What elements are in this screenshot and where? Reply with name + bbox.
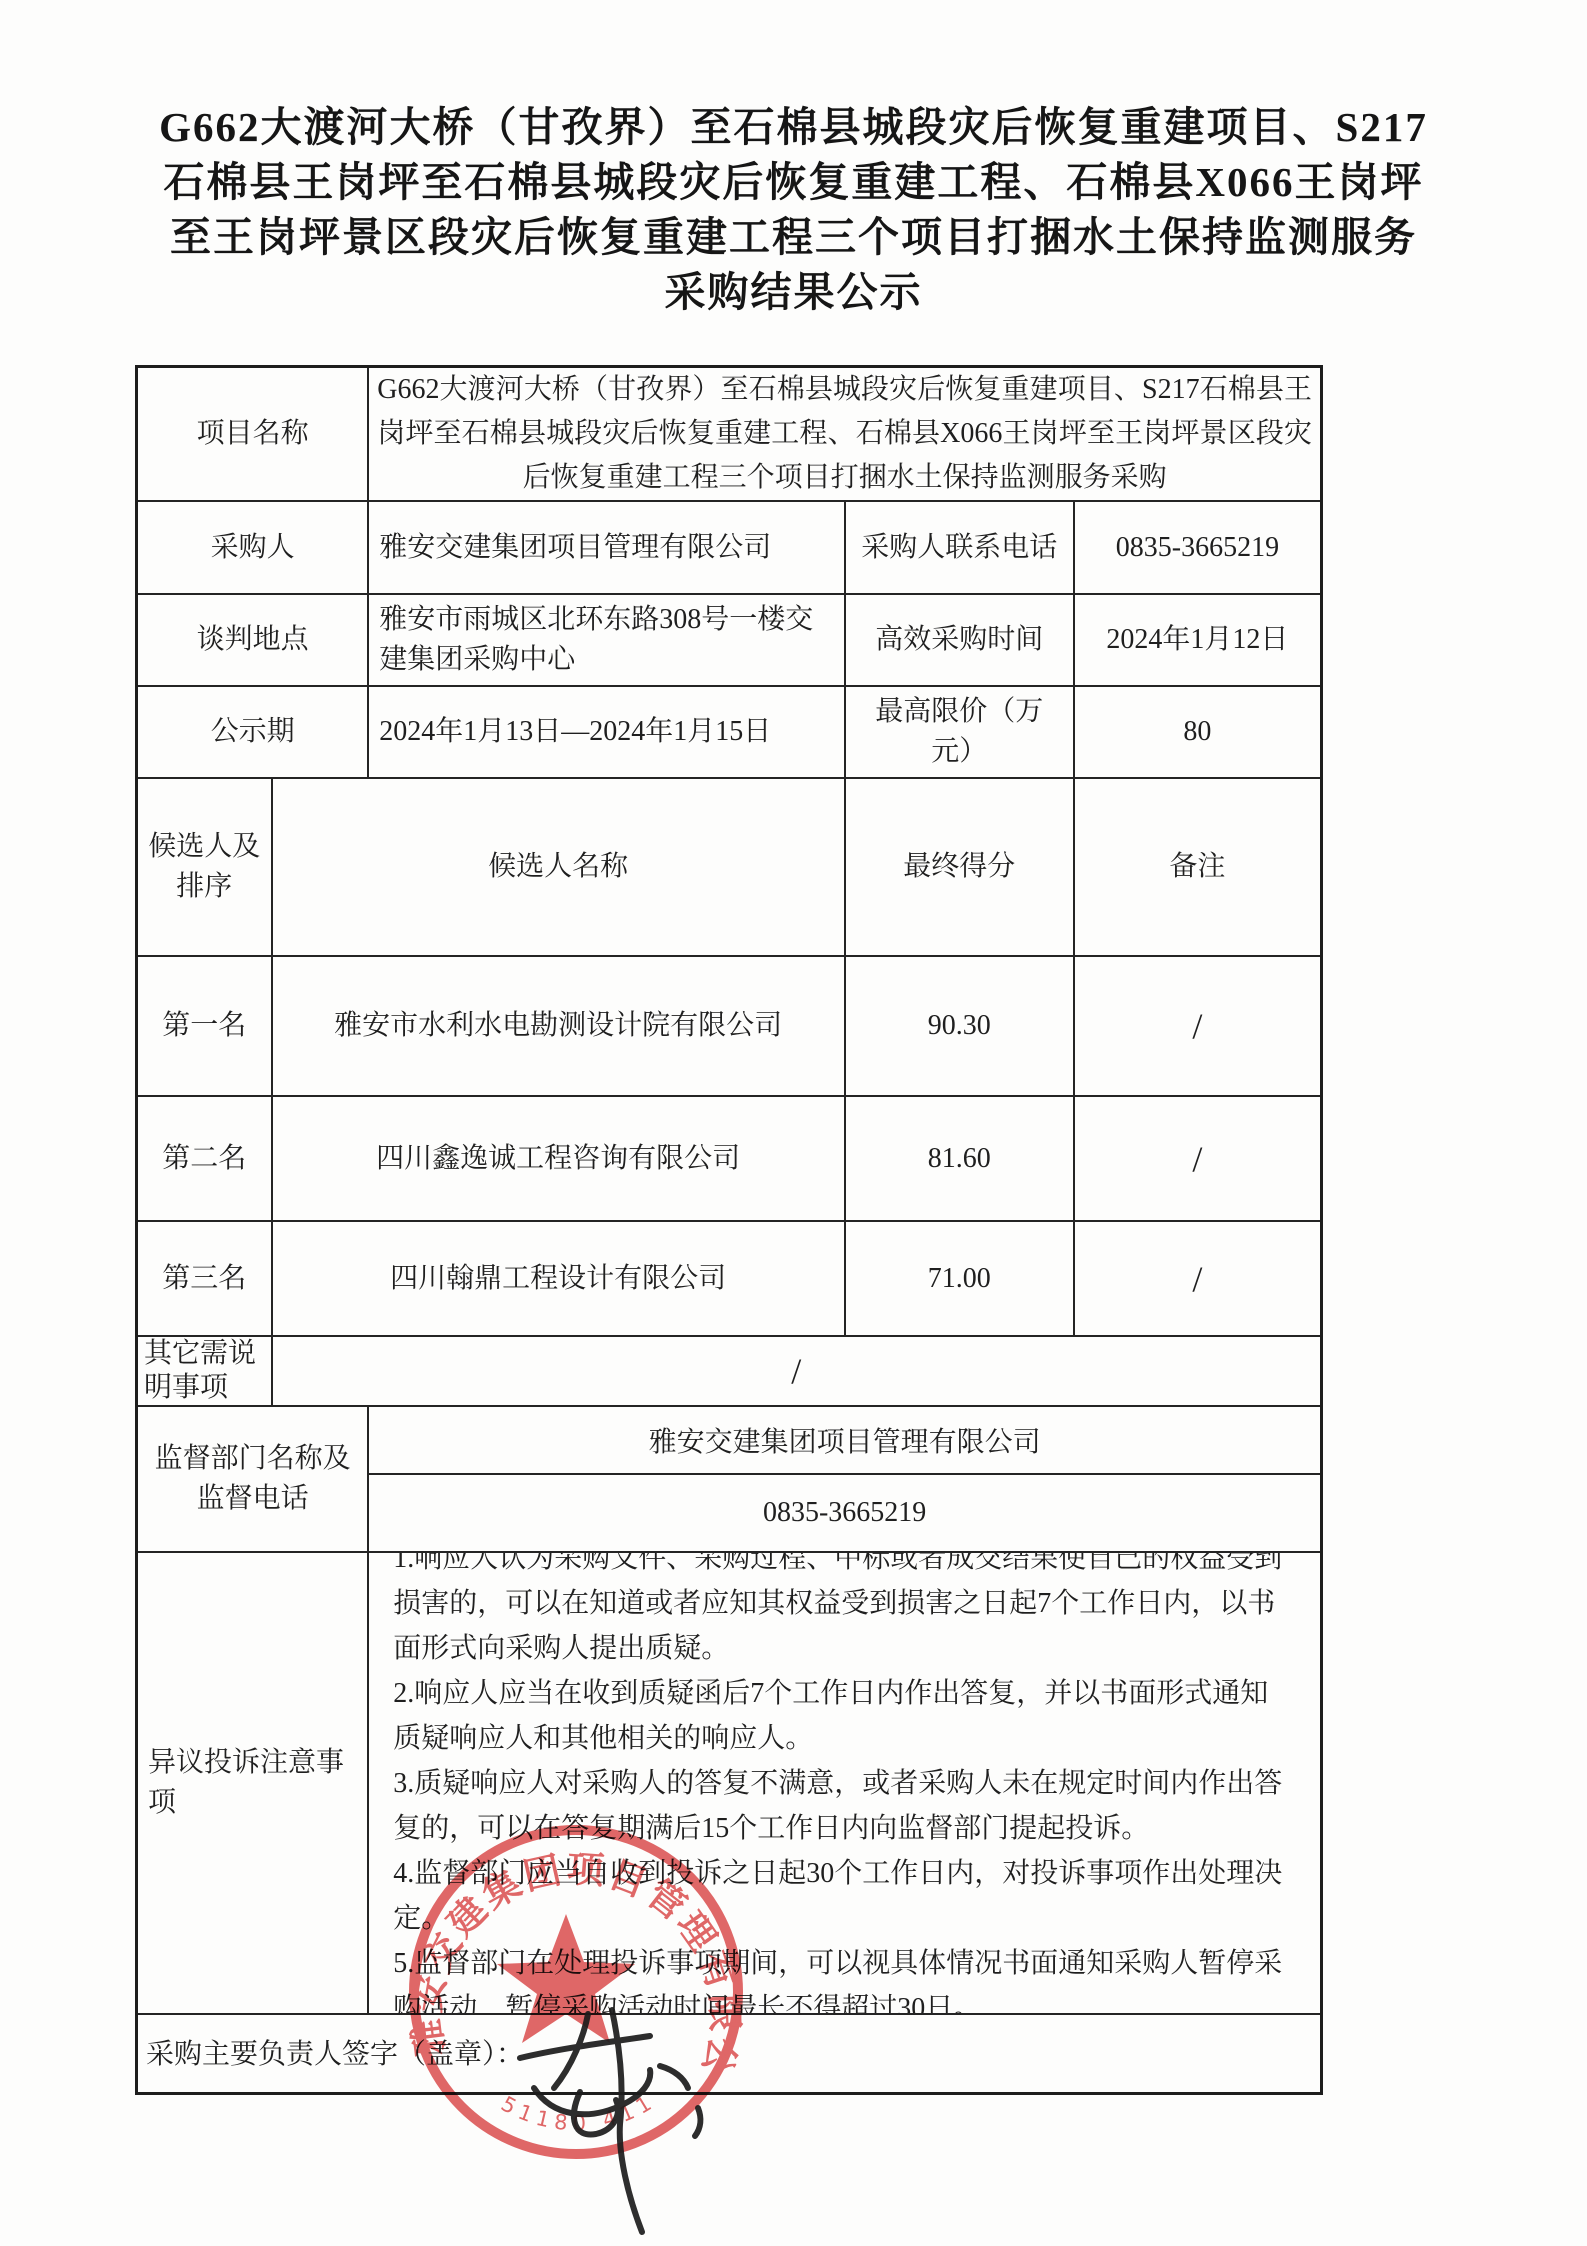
table-row-candidate-2: 第二名 四川鑫逸诚工程咨询有限公司 81.60 /	[138, 1095, 1320, 1220]
title-line-2: 石棉县王岗坪至石棉县城段灾后恢复重建工程、石棉县X066王岗坪	[0, 155, 1587, 210]
title-line-1: G662大渡河大桥（甘孜界）至石棉县城段灾后恢复重建项目、S217	[0, 100, 1587, 155]
candidate-1-score: 90.30	[844, 957, 1073, 1095]
signature-label: 采购主要负责人签字（盖章）：	[138, 2015, 1320, 2095]
row-supervision: 监督部门名称及监督电话 雅安交建集团项目管理有限公司 0835-3665219	[138, 1405, 1320, 1551]
complaint-item-3: 3.质疑响应人对采购人的答复不满意，或者采购人未在规定时间内作出答复的，可以在答…	[393, 1761, 1296, 1851]
other-notes-label: 其它需说明事项	[138, 1337, 271, 1405]
supervision-name: 雅安交建集团项目管理有限公司	[369, 1407, 1320, 1473]
candidate-2-rank: 第二名	[138, 1097, 271, 1220]
candidate-1-rank: 第一名	[138, 957, 271, 1095]
candidates-score-header: 最终得分	[844, 779, 1073, 955]
purchaser-phone-value: 0835-3665219	[1073, 502, 1320, 593]
seal-serial-text: 51180 411	[497, 2088, 661, 2135]
row-candidates-header: 候选人及排序 候选人名称 最终得分 备注	[138, 777, 1320, 955]
candidates-name-header: 候选人名称	[271, 779, 844, 955]
purchaser-label: 采购人	[138, 502, 367, 593]
publicity-period-label: 公示期	[138, 687, 367, 777]
complaint-item-1: 1.响应人认为采购文件、采购过程、中标或者成交结果使自己的权益受到损害的，可以在…	[393, 1553, 1296, 1671]
candidate-3-rank: 第三名	[138, 1222, 271, 1335]
document-title: G662大渡河大桥（甘孜界）至石棉县城段灾后恢复重建项目、S217 石棉县王岗坪…	[0, 100, 1587, 320]
complaint-item-4: 4.监督部门应当自收到投诉之日起30个工作日内，对投诉事项作出处理决定。	[393, 1851, 1296, 1941]
publicity-period-value: 2024年1月13日—2024年1月15日	[367, 687, 843, 777]
table-row-candidate-1: 第一名 雅安市水利水电勘测设计院有限公司 90.30 /	[138, 955, 1320, 1095]
complaint-label: 异议投诉注意事项	[138, 1553, 367, 2013]
row-negotiation-place: 谈判地点 雅安市雨城区北环东路308号一楼交建集团采购中心 高效采购时间 202…	[138, 593, 1320, 685]
candidate-2-name: 四川鑫逸诚工程咨询有限公司	[271, 1097, 844, 1220]
procurement-time-label: 高效采购时间	[844, 595, 1073, 685]
supervision-phone: 0835-3665219	[369, 1473, 1320, 1551]
candidate-3-score: 71.00	[844, 1222, 1073, 1335]
complaint-content: 1.响应人认为采购文件、采购过程、中标或者成交结果使自己的权益受到损害的，可以在…	[367, 1553, 1320, 2013]
purchaser-phone-label: 采购人联系电话	[844, 502, 1073, 593]
row-project-name: 项目名称 G662大渡河大桥（甘孜界）至石棉县城段灾后恢复重建项目、S217石棉…	[138, 368, 1320, 500]
candidates-remark-header: 备注	[1073, 779, 1320, 955]
table-row-candidate-3: 第三名 四川翰鼎工程设计有限公司 71.00 /	[138, 1220, 1320, 1335]
other-notes-value: /	[271, 1337, 1320, 1405]
title-line-3: 至王岗坪景区段灾后恢复重建工程三个项目打捆水土保持监测服务	[0, 210, 1587, 265]
row-other-notes: 其它需说明事项 /	[138, 1335, 1320, 1405]
procurement-time-value: 2024年1月12日	[1073, 595, 1320, 685]
row-purchaser: 采购人 雅安交建集团项目管理有限公司 采购人联系电话 0835-3665219	[138, 500, 1320, 593]
result-table: 项目名称 G662大渡河大桥（甘孜界）至石棉县城段灾后恢复重建项目、S217石棉…	[135, 365, 1323, 2095]
complaint-item-2: 2.响应人应当在收到质疑函后7个工作日内作出答复，并以书面形式通知质疑响应人和其…	[393, 1671, 1296, 1761]
negotiation-place-label: 谈判地点	[138, 595, 367, 685]
max-price-value: 80	[1073, 687, 1320, 777]
candidate-2-remark: /	[1073, 1097, 1320, 1220]
candidate-3-name: 四川翰鼎工程设计有限公司	[271, 1222, 844, 1335]
candidate-1-name: 雅安市水利水电勘测设计院有限公司	[271, 957, 844, 1095]
title-line-4: 采购结果公示	[0, 265, 1587, 320]
supervision-values: 雅安交建集团项目管理有限公司 0835-3665219	[367, 1407, 1320, 1551]
candidate-1-remark: /	[1073, 957, 1320, 1095]
project-name-label: 项目名称	[138, 368, 367, 500]
row-complaint-notice: 异议投诉注意事项 1.响应人认为采购文件、采购过程、中标或者成交结果使自己的权益…	[138, 1551, 1320, 2013]
supervision-label: 监督部门名称及监督电话	[138, 1407, 367, 1551]
row-publicity-period: 公示期 2024年1月13日—2024年1月15日 最高限价（万元） 80	[138, 685, 1320, 777]
project-name-value: G662大渡河大桥（甘孜界）至石棉县城段灾后恢复重建项目、S217石棉县王岗坪至…	[367, 368, 1320, 500]
purchaser-value: 雅安交建集团项目管理有限公司	[367, 502, 843, 593]
candidates-rank-header: 候选人及排序	[138, 779, 271, 955]
negotiation-place-value: 雅安市雨城区北环东路308号一楼交建集团采购中心	[367, 595, 843, 685]
candidate-3-remark: /	[1073, 1222, 1320, 1335]
max-price-label: 最高限价（万元）	[844, 687, 1073, 777]
row-signature: 采购主要负责人签字（盖章）：	[138, 2013, 1320, 2095]
complaint-item-5: 5.监督部门在处理投诉事项期间，可以视具体情况书面通知采购人暂停采购活动，暂停采…	[393, 1941, 1296, 2014]
candidate-2-score: 81.60	[844, 1097, 1073, 1220]
